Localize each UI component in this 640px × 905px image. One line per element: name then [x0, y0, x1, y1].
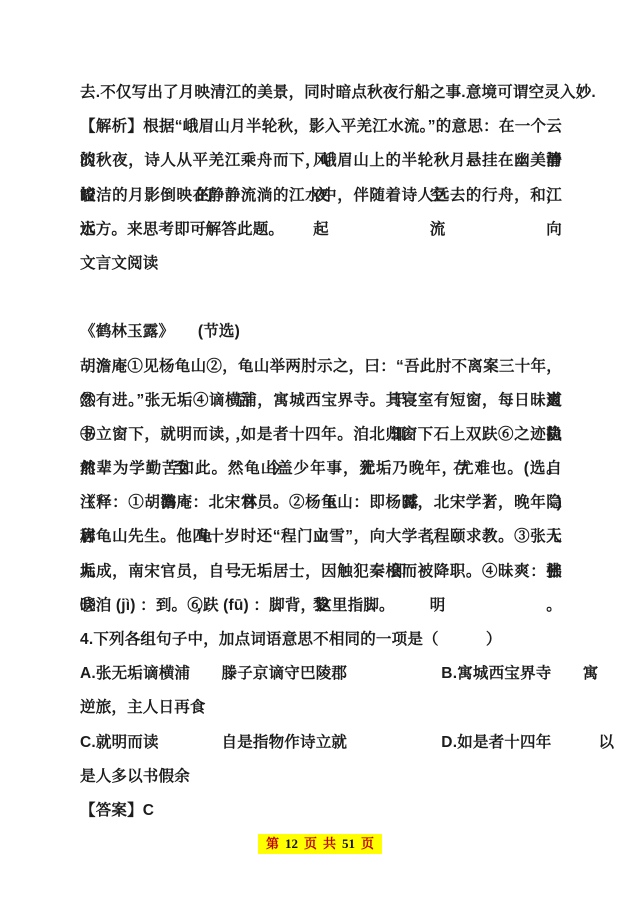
footer-label: 第 — [266, 836, 279, 851]
excerpt-title: 《鹤林玉露》 (节选) — [80, 315, 562, 349]
footer-total-pages: 51 — [342, 836, 355, 851]
text-line: 【解析】根据“峨眉山月半轮秋，影入平羌江水流。”的意思：在一个云淡风清 — [80, 110, 562, 144]
option-line-d-cont: 是人多以书假余 — [80, 760, 562, 794]
footer-label: 页 — [304, 836, 317, 851]
text-line: 皎洁的月影倒映在静静流淌的江水中，伴随着诗人远去的行舟，和江水一起流向 — [80, 179, 562, 213]
text-line: 前辈为学勤苦如此。然龟山盖少年事，无垢乃晚年，尤难也。(选自《鹤林玉露》) — [80, 452, 562, 486]
option-line-a-b: A.张无垢谪横浦 滕子京谪守巴陵郡 B.寓城西宝界寺 寓 — [80, 657, 562, 691]
document-content: 去.不仅写出了月映清江的美景，同时暗点秋夜行船之事.意境可谓空灵入妙. 【解析】… — [80, 76, 562, 828]
text-line: 的秋夜，诗人从平羌江乘舟而下，峨眉山上的半轮秋月悬挂在幽美静谧的夜空， — [80, 144, 562, 178]
text-line: 书立窗下，就明而读，如是者十四年。洎北归窗下石上双趺⑥之迹隐然至今犹存。 — [80, 418, 562, 452]
page-number-badge: 第12页共51页 — [258, 834, 382, 854]
answer-line: 【答案】C — [80, 794, 562, 828]
text-line: 去.不仅写出了月映清江的美景，同时暗点秋夜行船之事.意境可谓空灵入妙. — [80, 76, 562, 110]
text-line: 九成，南宋官员，自号无垢居士，因触犯秦桧而被降职。④昧爽：拂晓，黎明。 — [80, 555, 562, 589]
footer-current-page: 12 — [285, 836, 298, 851]
footer-label: 共 — [323, 836, 336, 851]
option-line-b-cont: 逆旅，主人日再食 — [80, 691, 562, 725]
option-line-c-d: C.就明而读 自是指物作诗立就 D.如是者十四年 以 — [80, 726, 562, 760]
section-heading: 文言文阅读 — [80, 247, 562, 281]
page-footer: 第12页共51页 — [0, 834, 640, 854]
document-page: 去.不仅写出了月映清江的美景，同时暗点秋夜行船之事.意境可谓空灵入妙. 【解析】… — [0, 0, 640, 905]
footer-label: 页 — [361, 836, 374, 851]
text-line: 胡澹庵①见杨龟山②，龟山举两肘示之，曰：“吾此肘不离案三十年，然后于道 — [80, 350, 562, 384]
text-line: 称龟山先生。他四十岁时还“程门立雪”，向大学者程颐求教。③张无垢：即张 — [80, 520, 562, 554]
text-line: 注释：①胡澹庵：北宋官员。②杨龟山：即杨时，北宋学者，晚年隐居龟山，人 — [80, 486, 562, 520]
question-line: 4.下列各组句子中，加点词语意思不相同的一项是（ ） — [80, 623, 562, 657]
text-line: ③有进。”张无垢④谪横浦，寓城西宝界寺。其寝室有短窗，每日昧爽⑤，辄执 — [80, 384, 562, 418]
